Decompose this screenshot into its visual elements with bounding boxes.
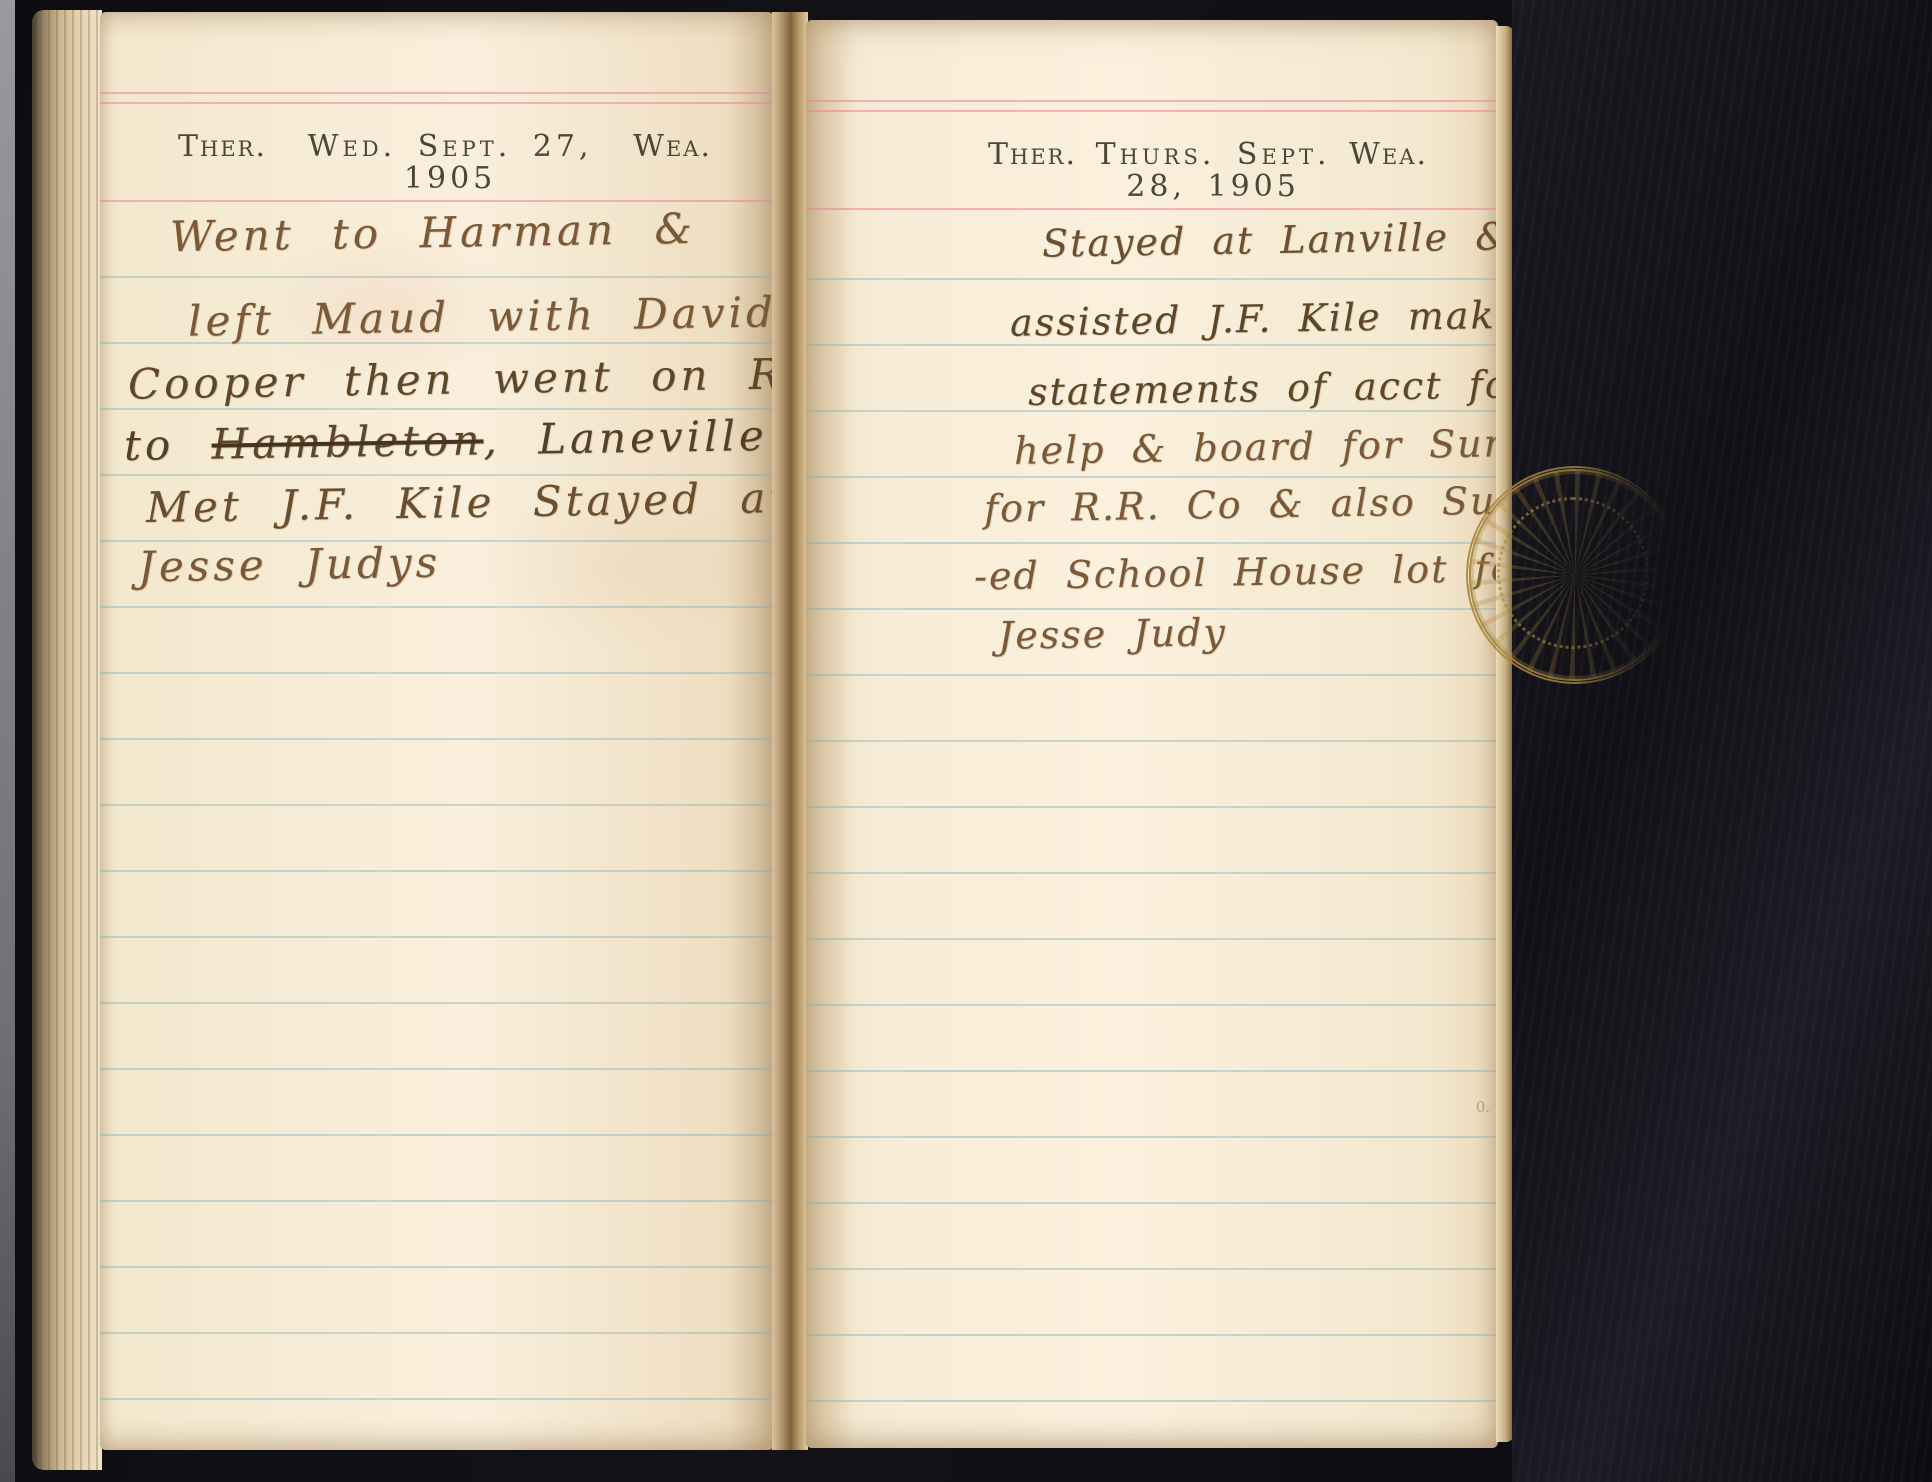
header-rule-top xyxy=(100,92,774,94)
handwritten-line: -ed School House lot for xyxy=(974,546,1536,599)
book-gutter xyxy=(772,12,808,1450)
handwritten-line: Jesse Judys xyxy=(138,538,442,592)
handwritten-line: left Maud with David xyxy=(188,287,778,345)
header-rule-top-2 xyxy=(100,102,774,104)
handwritten-line: Cooper then went on R.R. xyxy=(128,348,855,408)
gold-emblem-inner-ring xyxy=(1497,497,1649,649)
stray-mark: 0. xyxy=(1476,1098,1490,1116)
book-cover xyxy=(1512,0,1932,1482)
handwritten-line: Jesse Judy xyxy=(998,610,1227,658)
diary-scan: Ther. Wed. Sept. 27, 1905 Wea. Went to H… xyxy=(0,0,1932,1482)
thermometer-label: Ther. xyxy=(988,139,1077,171)
date-heading-left: Wed. Sept. 27, 1905 xyxy=(267,131,633,195)
handwritten-line: Met J.F. Kile Stayed at xyxy=(146,473,791,532)
gold-emblem xyxy=(1466,466,1684,684)
thermometer-label: Ther. xyxy=(178,131,267,163)
diary-page-right: Ther. Thurs. Sept. 28, 1905 Wea. Stayed … xyxy=(806,20,1498,1448)
header-rule-top-2 xyxy=(806,110,1498,112)
page-stack-edges xyxy=(32,10,102,1470)
weather-label: Wea. xyxy=(633,131,712,163)
page-header-left: Ther. Wed. Sept. 27, 1905 Wea. xyxy=(100,131,774,195)
handwritten-line: Stayed at Lanville & xyxy=(1042,214,1512,265)
date-heading-right: Thurs. Sept. 28, 1905 xyxy=(1077,139,1349,203)
diary-page-left: Ther. Wed. Sept. 27, 1905 Wea. Went to H… xyxy=(100,12,774,1450)
header-rule-bottom xyxy=(806,208,1498,210)
header-rule-top xyxy=(806,100,1498,102)
scan-edge-strip xyxy=(0,0,15,1482)
handwritten-line: to Hambleton, Laneville xyxy=(124,411,769,470)
page-header-right: Ther. Thurs. Sept. 28, 1905 Wea. xyxy=(806,139,1498,203)
struck-out-word: Hambleton xyxy=(211,415,484,468)
header-rule-bottom xyxy=(100,200,774,202)
handwritten-line: statements of acct for xyxy=(1028,362,1530,414)
weather-label: Wea. xyxy=(1349,139,1428,171)
handwritten-line: Went to Harman & xyxy=(170,204,697,261)
